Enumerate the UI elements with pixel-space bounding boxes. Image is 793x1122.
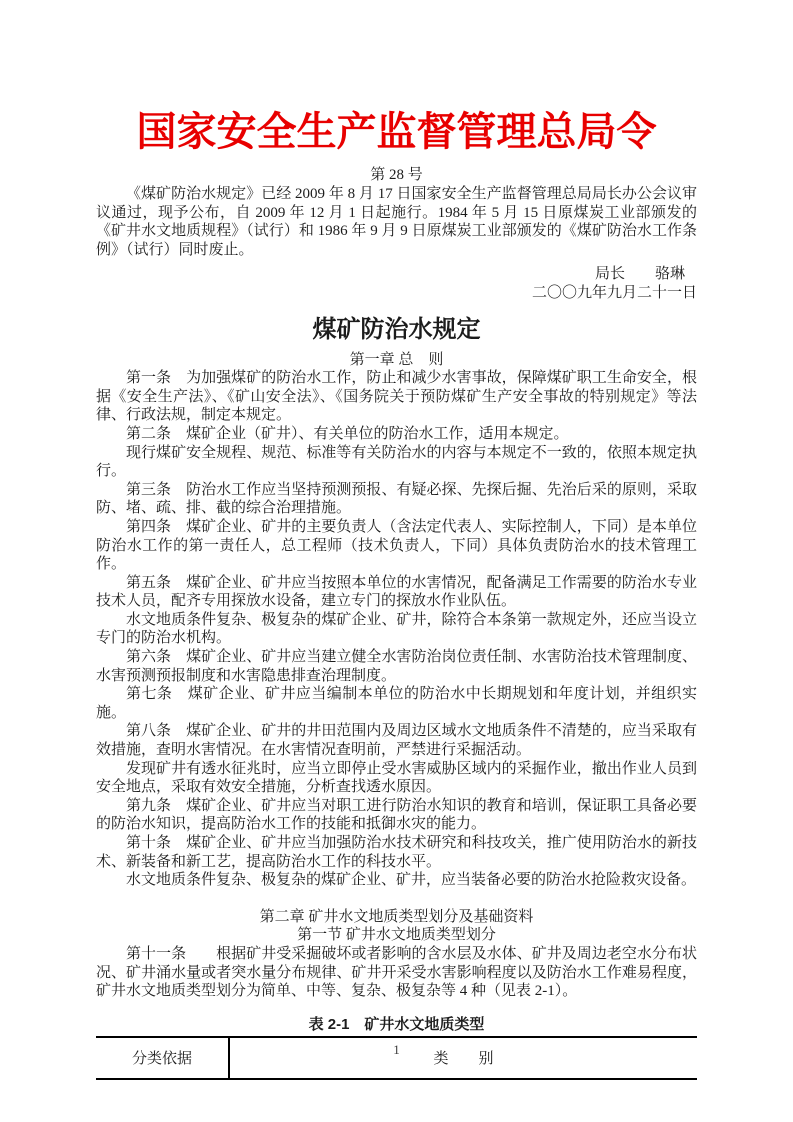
regulation-paragraph: 第四条 煤矿企业、矿井的主要负责人（含法定代表人、实际控制人，下同）是本单位防治… (96, 518, 697, 574)
document-page: 国家安全生产监督管理总局令 第 28 号 《煤矿防治水规定》已经 2009 年 … (0, 0, 793, 1122)
regulation-paragraph: 第十条 煤矿企业、矿井应当加强防治水技术研究和科技攻关，推广使用防治水的新技术、… (96, 834, 697, 871)
page-number: 1 (0, 1042, 793, 1058)
chapter1-heading: 第一章 总 则 (96, 351, 697, 370)
regulation-paragraph: 第七条 煤矿企业、矿井应当编制本单位的防治水中长期规划和年度计划，并组织实施。 (96, 685, 697, 722)
regulation-paragraph: 发现矿井有透水征兆时，应当立即停止受水害威胁区域内的采掘作业，撤出作业人员到安全… (96, 760, 697, 797)
decree-number: 第 28 号 (96, 166, 697, 185)
regulation-paragraph: 第二条 煤矿企业（矿井）、有关单位的防治水工作，适用本规定。 (96, 425, 697, 444)
decree-body-paragraph: 《煤矿防治水规定》已经 2009 年 8 月 17 日国家安全生产监督管理总局局… (96, 185, 697, 259)
regulation-paragraph: 第八条 煤矿企业、矿井的井田范围内及周边区域水文地质条件不清楚的，应当采取有效措… (96, 722, 697, 759)
regulation-title: 煤矿防治水规定 (96, 315, 697, 345)
chapter2-section1-heading: 第一节 矿井水文地质类型划分 (96, 926, 697, 945)
regulation-paragraph: 第九条 煤矿企业、矿井应当对职工进行防治水知识的教育和培训，保证职工具备必要的防… (96, 797, 697, 834)
signature-name: 局长 骆琳 (96, 265, 697, 284)
regulation-paragraph: 第一条 为加强煤矿的防治水工作，防止和减少水害事故，保障煤矿职工生命安全，根据《… (96, 369, 697, 425)
regulation-paragraph: 水文地质条件复杂、极复杂的煤矿企业、矿井，应当装备必要的防治水抢险救灾设备。 (96, 871, 697, 890)
regulation-paragraph: 现行煤矿安全规程、规范、标准等有关防治水的内容与本规定不一致的，依照本规定执行。 (96, 444, 697, 481)
decree-title: 国家安全生产监督管理总局令 (96, 106, 697, 158)
chapter2-heading: 第二章 矿井水文地质类型划分及基础资料 (96, 908, 697, 927)
regulation-paragraph: 水文地质条件复杂、极复杂的煤矿企业、矿井，除符合本条第一款规定外，还应当设立专门… (96, 611, 697, 648)
regulation-paragraph: 第五条 煤矿企业、矿井应当按照本单位的水害情况，配备满足工作需要的防治水专业技术… (96, 574, 697, 611)
signature-date: 二〇〇九年九月二十一日 (96, 284, 697, 303)
regulation-paragraph: 第六条 煤矿企业、矿井应当建立健全水害防治岗位责任制、水害防治技术管理制度、水害… (96, 648, 697, 685)
regulation-paragraph: 第三条 防治水工作应当坚持预测预报、有疑必探、先探后掘、先治后采的原则，采取防、… (96, 481, 697, 518)
document-content: 国家安全生产监督管理总局令 第 28 号 《煤矿防治水规定》已经 2009 年 … (96, 0, 697, 1080)
regulation-paragraph: 第十一条 根据矿井受采掘破坏或者影响的含水层及水体、矿井及周边老空水分布状况、矿… (96, 945, 697, 1001)
table-caption: 表 2-1 矿井水文地质类型 (96, 1015, 697, 1034)
